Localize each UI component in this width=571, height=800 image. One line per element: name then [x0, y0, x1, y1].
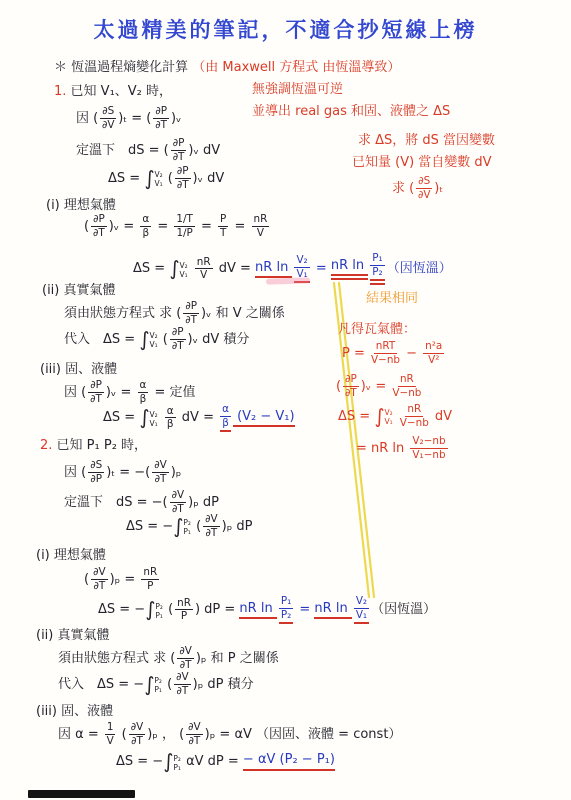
fraction: ∂P∂T — [343, 374, 359, 399]
text-run: )ᵥ — [171, 111, 182, 127]
fraction: P₁P₂ — [279, 596, 293, 624]
note-line: ΔS = −∫P₂P₁ (nRP) dP = nR ln P₁P₂ = nR l… — [98, 596, 436, 624]
note-line: 已知量 (V) 當自變數 dV — [352, 155, 492, 171]
text-run: )ᵥ dV — [193, 171, 225, 187]
note-line: 定溫下 dS = −(∂V∂T)ₚ dP — [64, 490, 219, 515]
text-run: )ₚ dP — [188, 495, 219, 511]
fraction: ∂P∂T — [175, 166, 191, 191]
fraction: nRV — [252, 214, 270, 239]
text-run: 須由狀態方程式 求 ( — [58, 651, 175, 667]
note-line: ΔS = −∫P₂P₁ αV dP = − αV (P₂ − P₁) — [116, 752, 335, 772]
note-line: ΔS = ∫V₂V₁ αβ dV = αβ (V₂ − V₁) — [103, 404, 295, 432]
note-line: (i) 理想氣體 — [36, 548, 106, 564]
text-run: = — [197, 219, 216, 235]
text-run: )ᵥ dV — [188, 143, 220, 159]
text-run: nR ln — [314, 601, 351, 620]
note-line: 求 (∂S∂V)ₜ — [392, 176, 443, 201]
text-run: )ₜ — [434, 181, 443, 197]
note-line: 因 (∂S∂P)ₜ = −(∂V∂T)ₚ — [64, 460, 181, 485]
text-run: ( — [84, 572, 89, 588]
text-run: )ₚ 和 P 之關係 — [196, 651, 279, 667]
fraction: nRV−nb — [392, 374, 421, 399]
text-run: 2. — [40, 438, 57, 454]
note-line: (∂P∂T)ᵥ = αβ = 1∕T1∕P = PT = nRV — [84, 214, 271, 239]
note-line: ＊ 恆溫過程熵變化計算 （由 Maxwell 方程式 由恆溫導致） — [54, 60, 400, 76]
text-run: 須由狀態方程式 求 ( — [64, 306, 181, 322]
note-line: 因 (∂P∂T)ᵥ = αβ = 定值 — [64, 380, 196, 405]
fraction: ∂S∂V — [416, 176, 432, 201]
text-run: )ᵥ = — [361, 379, 391, 395]
text-run: ( — [164, 602, 173, 618]
text-run — [394, 409, 398, 425]
text-run: 已知 V₁、V₂ 時， — [71, 84, 172, 100]
note-line: 2. 已知 P₁ P₂ 時， — [40, 438, 147, 454]
text-run: = 定值 — [150, 385, 195, 401]
integral: ∫P₂P₁ — [145, 600, 164, 620]
text-run: )ₚ dP — [222, 519, 253, 535]
text-run: )ₜ = −( — [106, 465, 150, 481]
note-line: = nR ln V₂−nbV₁−nb — [356, 436, 450, 461]
text-run — [159, 410, 163, 426]
note-line: 凡得瓦氣體： — [338, 322, 416, 338]
text-run — [189, 261, 193, 277]
note-line: 代入 ΔS = −∫P₂P₁ (∂V∂T)ₚ dP 積分 — [58, 672, 254, 697]
text-run: 因 ( — [64, 385, 86, 401]
fraction: ∂V∂T — [152, 460, 168, 485]
note-line: 因 α = 1V (∂V∂T)ₚ ， (∂V∂T)ₚ = αV （因固、液體 =… — [58, 722, 401, 747]
note-line: 1. 已知 V₁、V₂ 時， — [54, 84, 172, 100]
integral: ∫V₂V₁ — [139, 330, 158, 350]
note-line: 定溫下 dS = (∂P∂T)ᵥ dV — [76, 138, 220, 163]
fraction: ∂S∂P — [88, 460, 104, 485]
fraction: V₂−nbV₁−nb — [410, 436, 447, 461]
text-run: 定溫下 dS = −( — [64, 495, 168, 511]
note-line: 因 (∂S∂V)ₜ = (∂P∂T)ᵥ — [76, 106, 181, 131]
fraction: ∂P∂T — [170, 327, 186, 352]
fraction: ∂S∂V — [100, 106, 116, 131]
text-run: = — [295, 602, 314, 618]
fraction: n²aV² — [423, 341, 444, 366]
note-line: 無強調恆溫可逆 — [252, 82, 343, 98]
text-run: αV dP = — [182, 754, 243, 770]
note-line: ΔS = −∫P₂P₁ (∂V∂T)ₚ dP — [126, 514, 253, 539]
text-run: dV — [431, 409, 452, 425]
text-run: 因 α = — [58, 727, 103, 743]
text-run: = — [153, 219, 172, 235]
text-run: ΔS = − — [98, 602, 145, 618]
text-run: 1. — [54, 84, 71, 100]
note-line: (i) 理想氣體 — [46, 198, 116, 214]
fraction: ∂V∂T — [186, 722, 202, 747]
text-run: (ii) 真實氣體 — [36, 628, 110, 644]
text-run: ΔS = — [338, 409, 374, 425]
text-run: ( — [163, 677, 172, 693]
text-run: (i) 理想氣體 — [36, 548, 106, 564]
text-run: 代入 ΔS = — [64, 332, 139, 348]
fraction: ∂P∂T — [171, 138, 187, 163]
text-run: ΔS = − — [126, 519, 173, 535]
text-run: )ₚ = αV （因固、液體 = const） — [205, 727, 402, 743]
note-line: 並導出 real gas 和固、液體之 ΔS — [252, 104, 450, 120]
integral: ∫V₂V₁ — [169, 259, 188, 279]
text-run: 求 ΔS，將 dS 當因變數 — [358, 133, 495, 149]
text-run: )ₜ = ( — [118, 111, 151, 127]
text-run: nR ln — [255, 260, 292, 279]
fraction: ∂V∂T — [203, 514, 219, 539]
text-run: 代入 ΔS = − — [58, 677, 144, 693]
text-run: dV = — [178, 410, 218, 426]
fraction: ∂P∂T — [183, 301, 199, 326]
note-line: 須由狀態方程式 求 (∂P∂T)ᵥ 和 V 之關係 — [64, 301, 285, 326]
integral: ∫P₂P₁ — [173, 517, 192, 537]
text-run: ＊ 恆溫過程熵變化計算 — [54, 60, 192, 76]
text-run: nR ln — [239, 601, 276, 620]
text-run: 凡得瓦氣體： — [338, 322, 416, 338]
note-line: 代入 ΔS = ∫V₂V₁ (∂P∂T)ᵥ dV 積分 — [64, 327, 249, 352]
fraction: αβ — [165, 406, 176, 431]
note-line: (ii) 真實氣體 — [36, 628, 110, 644]
fraction: αβ — [138, 380, 149, 405]
text-run: 已知 P₁ P₂ 時， — [57, 438, 148, 454]
text-run: )ᵥ = — [109, 219, 139, 235]
text-run: 定溫下 dS = ( — [76, 143, 169, 159]
fraction: ∂V∂T — [174, 672, 190, 697]
page-title: 太過精美的筆記，不適合抄短線上榜 — [0, 14, 571, 44]
text-run: − αV (P₂ − P₁) — [243, 752, 335, 771]
text-run: − — [402, 346, 421, 362]
text-run: ΔS = — [103, 410, 139, 426]
fraction: nRP — [141, 567, 159, 592]
fraction: P₁P₂ — [370, 253, 384, 285]
text-run: dV = — [215, 261, 255, 277]
integral: ∫P₂P₁ — [144, 675, 163, 695]
fraction: ∂P∂T — [153, 106, 169, 131]
note-line: ΔS = ∫V₂V₁ nRV−nb dV — [338, 404, 452, 429]
integral: ∫V₂V₁ — [144, 169, 163, 189]
fraction: αβ — [140, 214, 151, 239]
text-run: = — [230, 219, 249, 235]
fraction: ∂V∂T — [177, 646, 193, 671]
note-line: ΔS = ∫V₂V₁ (∂P∂T)ᵥ dV — [108, 166, 224, 191]
note-line: P = nRTV−nb − n²aV² — [342, 341, 446, 366]
fraction: ∂V∂T — [170, 490, 186, 515]
text-run: )ᵥ 和 V 之關係 — [201, 306, 285, 322]
integral: ∫V₂V₁ — [139, 408, 158, 428]
text-run: )ₚ — [171, 465, 182, 481]
fraction: V₂V₁ — [354, 596, 369, 624]
text-run: (iii) 固、液體 — [40, 362, 117, 378]
fraction: 1V — [105, 722, 116, 747]
text-run: (V₂ − V₁) — [233, 409, 295, 428]
integral: ∫P₂P₁ — [163, 752, 182, 772]
note-line: (iii) 固、液體 — [36, 704, 113, 720]
fraction: ∂V∂T — [91, 567, 107, 592]
fraction: nRV−nb — [400, 404, 429, 429]
text-run: （因恆溫） — [371, 602, 436, 618]
text-run: )ᵥ dV 積分 — [188, 332, 250, 348]
text-run: ΔS = — [108, 171, 144, 187]
text-run: 因 ( — [64, 465, 86, 481]
text-run: = — [312, 261, 331, 277]
note-line: 須由狀態方程式 求 (∂V∂T)ₚ 和 P 之關係 — [58, 646, 279, 671]
text-run: 因 ( — [76, 111, 98, 127]
text-run: )ₚ ， ( — [147, 727, 184, 743]
text-run: nR ln — [331, 258, 368, 281]
text-run: )ᵥ = — [106, 385, 136, 401]
text-run: )ₚ dP 積分 — [193, 677, 254, 693]
text-run: P = — [342, 346, 369, 362]
fraction: nRTV−nb — [371, 341, 400, 366]
fraction: ∂P∂T — [88, 380, 104, 405]
text-run: ( — [336, 379, 341, 395]
fraction: ∂V∂T — [129, 722, 145, 747]
scan-artifact-bar — [28, 790, 135, 798]
fraction: nRV — [195, 257, 213, 282]
integral: ∫V₂V₁ — [374, 407, 393, 427]
note-line: 求 ΔS，將 dS 當因變數 — [358, 133, 495, 149]
text-run: )ₚ = — [110, 572, 140, 588]
text-run: （因恆溫） — [387, 261, 452, 277]
text-run: ( — [164, 171, 173, 187]
note-line: (iii) 固、液體 — [40, 362, 117, 378]
fraction: ∂P∂T — [91, 214, 107, 239]
text-run: (i) 理想氣體 — [46, 198, 116, 214]
text-run: 已知量 (V) 當自變數 dV — [352, 155, 492, 171]
text-run: ( — [117, 727, 126, 743]
fraction: 1∕T1∕P — [174, 214, 194, 239]
text-run: (iii) 固、液體 — [36, 704, 113, 720]
text-run: ( — [84, 219, 89, 235]
text-run: ) dP = — [195, 602, 239, 618]
text-run: (ii) 真實氣體 — [42, 283, 116, 299]
note-line: (∂P∂T)ᵥ = nRV−nb — [336, 374, 423, 399]
text-run: 求 ( — [392, 181, 414, 197]
text-run: 結果相同 — [366, 291, 418, 307]
fraction: nRP — [175, 598, 193, 623]
note-line: (∂V∂T)ₚ = nRP — [84, 567, 161, 592]
text-run: ( — [159, 332, 168, 348]
text-run: （由 Maxwell 方程式 由恆溫導致） — [192, 60, 400, 76]
text-run: 無強調恆溫可逆 — [252, 82, 343, 98]
fraction: αβ — [220, 404, 231, 432]
text-run: ( — [192, 519, 201, 535]
text-run: = nR ln — [356, 441, 408, 457]
notebook-page: 太過精美的筆記，不適合抄短線上榜 ＊ 恆溫過程熵變化計算 （由 Maxwell … — [0, 0, 571, 800]
text-run: ΔS = — [133, 261, 169, 277]
text-run: ΔS = − — [116, 754, 163, 770]
note-line: 結果相同 — [366, 291, 418, 307]
note-line: (ii) 真實氣體 — [42, 283, 116, 299]
text-run: 並導出 real gas 和固、液體之 ΔS — [252, 104, 450, 120]
fraction: PT — [218, 214, 228, 239]
